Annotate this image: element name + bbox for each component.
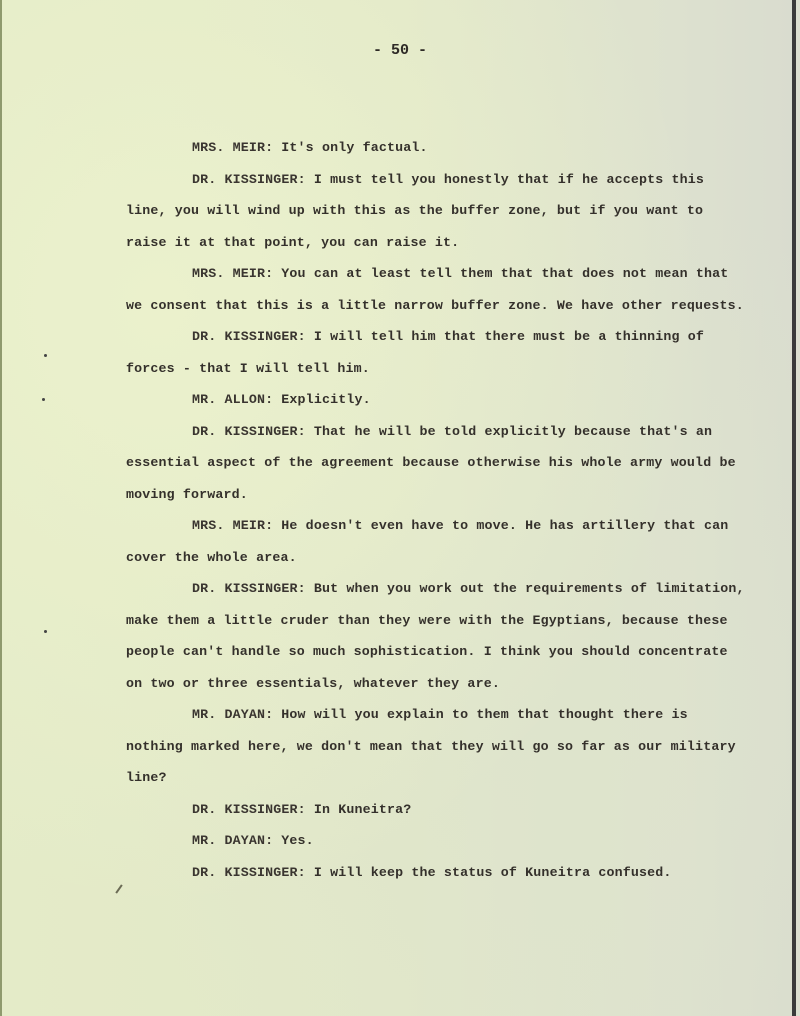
dialogue-entry: DR. KISSINGER:I will tell him that there…	[126, 321, 746, 384]
speaker-label: DR. KISSINGER:	[192, 802, 306, 817]
dialogue-entry: MRS. MEIR:You can at least tell them tha…	[126, 258, 746, 321]
pencil-mark	[115, 884, 122, 893]
margin-dot	[42, 398, 45, 401]
speaker-label: MRS. MEIR:	[192, 518, 273, 533]
speaker-label: MRS. MEIR:	[192, 266, 273, 281]
speaker-label: DR. KISSINGER:	[192, 581, 306, 596]
speaker-label: DR. KISSINGER:	[192, 329, 306, 344]
dialogue-text: It's only factual.	[281, 140, 427, 155]
speaker-label: MR. DAYAN:	[192, 707, 273, 722]
dialogue-entry: DR. KISSINGER:I will keep the status of …	[126, 857, 746, 889]
dialogue-text: I will keep the status of Kuneitra confu…	[314, 865, 672, 880]
dialogue-entry: DR. KISSINGER:But when you work out the …	[126, 573, 746, 699]
dialogue-text: Yes.	[281, 833, 314, 848]
speaker-label: DR. KISSINGER:	[192, 865, 306, 880]
dialogue-text: But when you work out the requirements o…	[126, 581, 745, 691]
dialogue-entry: MRS. MEIR:It's only factual.	[126, 132, 746, 164]
margin-dot	[44, 630, 47, 633]
dialogue-entry: DR. KISSINGER:That he will be told expli…	[126, 416, 746, 511]
speaker-label: DR. KISSINGER:	[192, 424, 306, 439]
dialogue-entry: DR. KISSINGER:In Kuneitra?	[126, 794, 746, 826]
margin-dot	[44, 354, 47, 357]
dialogue-entry: DR. KISSINGER:I must tell you honestly t…	[126, 164, 746, 259]
page-number: - 50 -	[2, 42, 796, 59]
dialogue-entry: MR. DAYAN:Yes.	[126, 825, 746, 857]
dialogue-entry: MRS. MEIR:He doesn't even have to move. …	[126, 510, 746, 573]
dialogue-entry: MR. ALLON:Explicitly.	[126, 384, 746, 416]
dialogue-text: Explicitly.	[281, 392, 370, 407]
dialogue-entry: MR. DAYAN:How will you explain to them t…	[126, 699, 746, 794]
dialogue-text: In Kuneitra?	[314, 802, 412, 817]
transcript-body: MRS. MEIR:It's only factual. DR. KISSING…	[126, 132, 746, 888]
scan-edge	[792, 0, 796, 1016]
document-page: - 50 - MRS. MEIR:It's only factual. DR. …	[0, 0, 796, 1016]
speaker-label: MRS. MEIR:	[192, 140, 273, 155]
speaker-label: MR. ALLON:	[192, 392, 273, 407]
speaker-label: DR. KISSINGER:	[192, 172, 306, 187]
speaker-label: MR. DAYAN:	[192, 833, 273, 848]
